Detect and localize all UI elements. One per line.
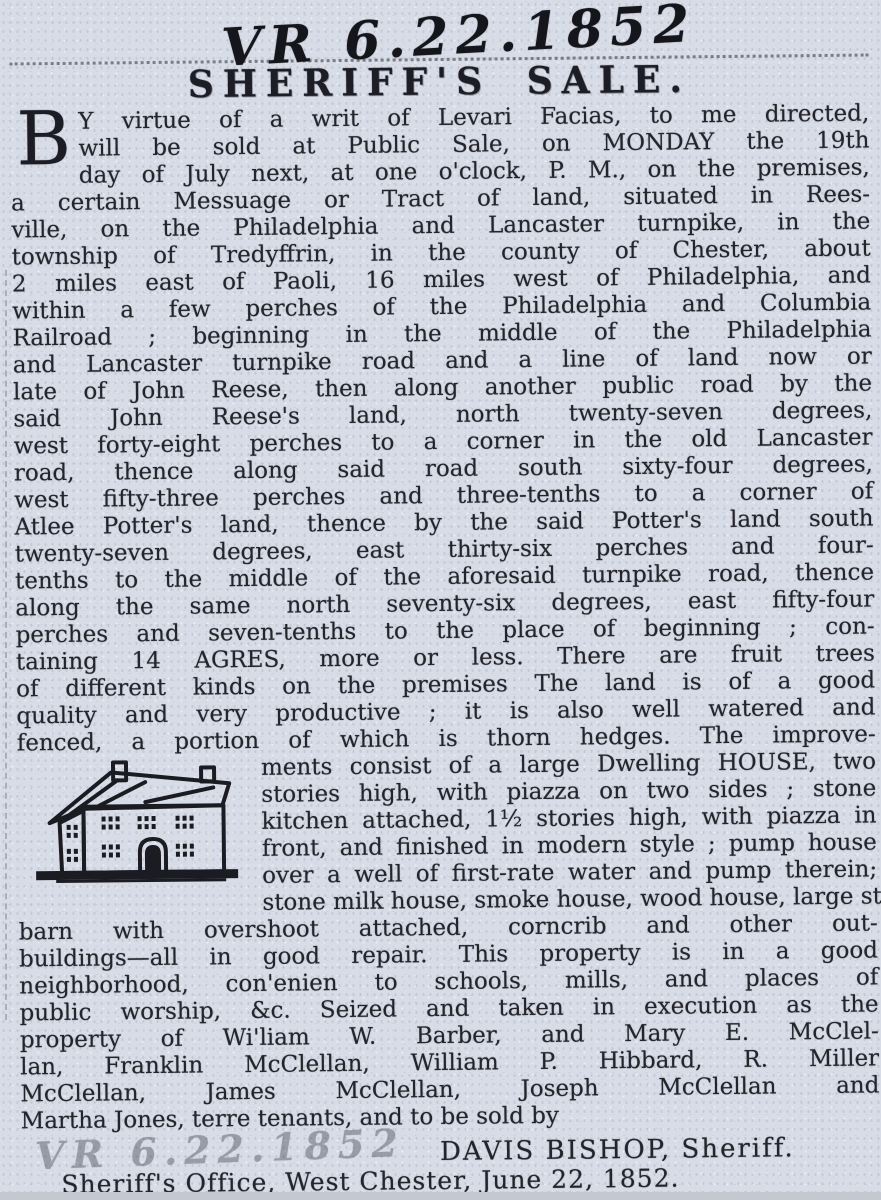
drop-cap: B [16, 112, 73, 167]
scan-edge-strip [0, 1192, 881, 1200]
body-section-a: Y virtue of a writ of Levari Facias, to … [10, 100, 876, 757]
house-woodcut-icon [25, 759, 252, 891]
printed-notice: VR 6.22.1852 SHERIFF'S SALE. B Y virtue … [0, 0, 881, 1199]
notice-body: B Y virtue of a writ of Levari Facias, t… [10, 100, 880, 1198]
house-woodcut-illustration [25, 759, 252, 891]
notice-headline: SHERIFF'S SALE. [10, 56, 869, 109]
handwritten-date-faint: VR 6.22.1852 [21, 1128, 441, 1170]
sheriff-signature: DAVIS BISHOP, Sheriff. [440, 1135, 795, 1166]
newspaper-clipping-page: VR 6.22.1852 SHERIFF'S SALE. B Y virtue … [0, 0, 881, 1200]
